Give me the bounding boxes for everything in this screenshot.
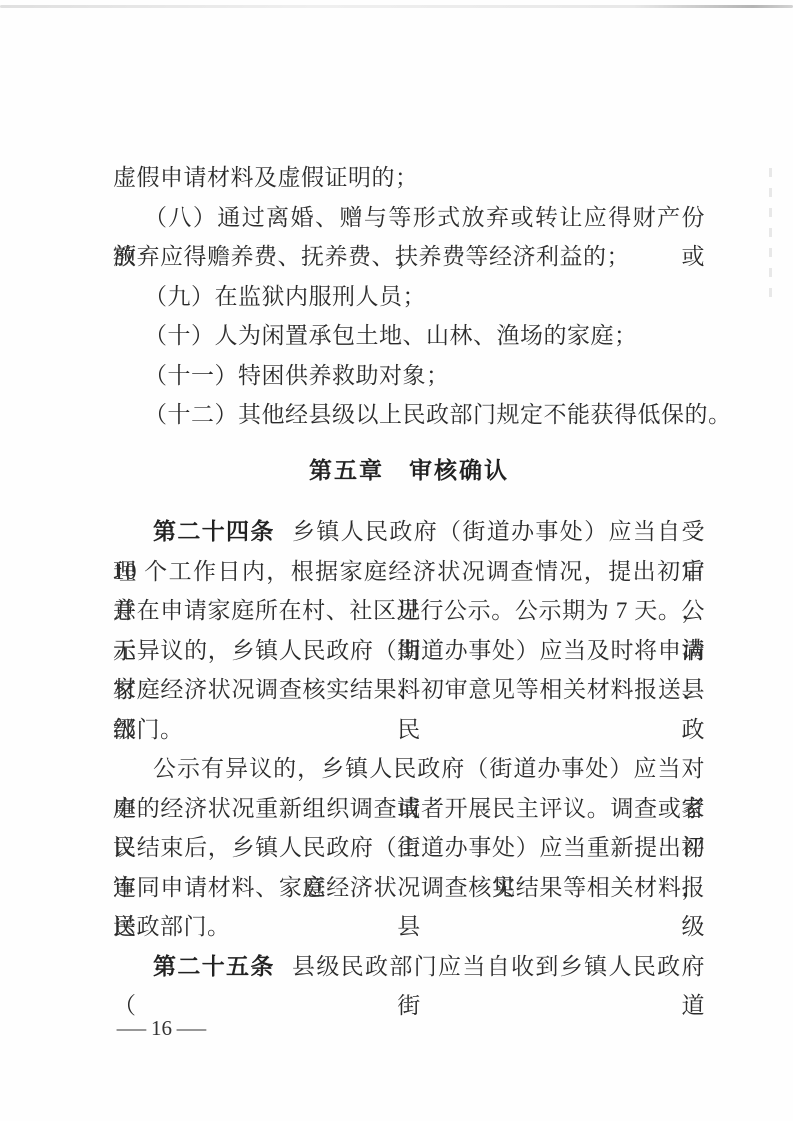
text-line: 无异议的，乡镇人民政府（街道办事处）应当及时将申请材料、 <box>113 631 705 671</box>
text-line: 10 个工作日内，根据家庭经济状况调查情况，提出初审意见， <box>113 552 705 592</box>
list-item-10: （十）人为闲置承包土地、山林、渔场的家庭； <box>113 316 705 356</box>
page-body-text: 虚假申请材料及虚假证明的； （八）通过离婚、赠与等形式放弃或转让应得财产份额，或… <box>113 158 705 986</box>
text-line: 庭的经济状况重新组织调查或者开展民主评议。调查或者民主评 <box>113 789 705 829</box>
list-item-12: （十二）其他经县级以上民政部门规定不能获得低保的。 <box>113 395 705 435</box>
text-line: 公示有异议的，乡镇人民政府（街道办事处）应当对申请家 <box>113 749 705 789</box>
list-item-8: （八）通过离婚、赠与等形式放弃或转让应得财产份额，或 <box>113 198 705 238</box>
list-item-11: （十一）特困供养救助对象； <box>113 356 705 396</box>
article-24-number: 第二十四条 <box>153 518 275 544</box>
text-line: 连同申请材料、家庭经济状况调查核实结果等相关材料报送县级 <box>113 868 705 908</box>
document-page: 虚假申请材料及虚假证明的； （八）通过离婚、赠与等形式放弃或转让应得财产份额，或… <box>0 0 793 1121</box>
scan-artifact-right-edge <box>769 168 772 308</box>
page-number-footer: —16— <box>112 1016 211 1041</box>
text-line: 家庭经济状况调查核实结果、初审意见等相关材料报送县级民政 <box>113 670 705 710</box>
text-line: 并在申请家庭所在村、社区进行公示。公示期为 7 天。公示期满 <box>113 591 705 631</box>
footer-dash-left: — <box>117 1016 146 1041</box>
list-item-9: （九）在监狱内服刑人员； <box>113 277 705 317</box>
article-25-first-line: 第二十五条县级民政部门应当自收到乡镇人民政府（街道 <box>113 947 705 987</box>
page-number: 16 <box>151 1016 172 1041</box>
chapter-heading: 第五章 审核确认 <box>113 451 705 491</box>
footer-dash-right: — <box>177 1016 206 1041</box>
scan-artifact-top-edge <box>0 5 793 8</box>
text-line: 议结束后，乡镇人民政府（街道办事处）应当重新提出初审意见， <box>113 828 705 868</box>
text-line: 虚假申请材料及虚假证明的； <box>113 158 705 198</box>
article-24-first-line: 第二十四条乡镇人民政府（街道办事处）应当自受理后 <box>113 512 705 552</box>
text-line: 放弃应得赡养费、抚养费、扶养费等经济利益的； <box>113 237 705 277</box>
article-25-number: 第二十五条 <box>153 953 275 979</box>
